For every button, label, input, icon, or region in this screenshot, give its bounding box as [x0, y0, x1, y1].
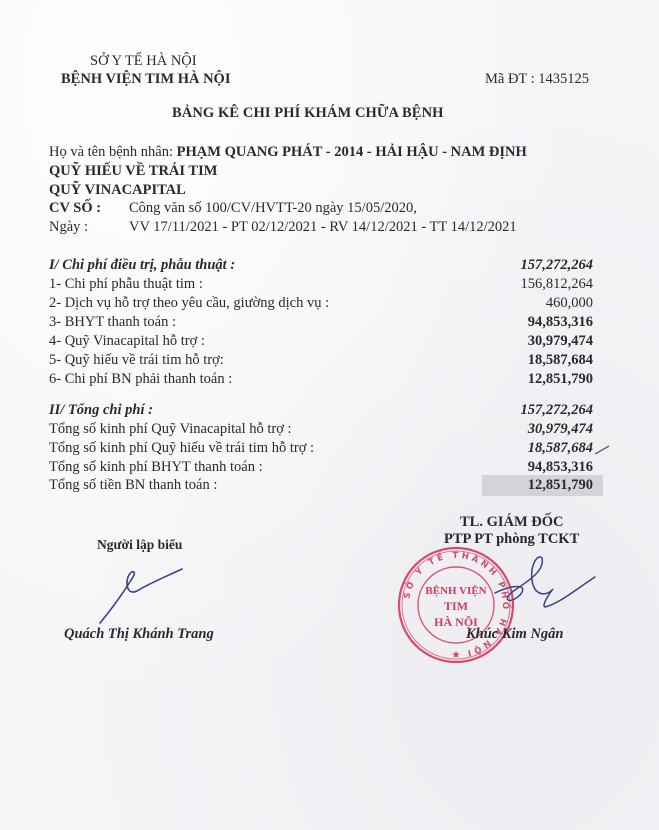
cv-value: Công văn số 100/CV/HVTT-20 ngày 15/05/20…	[129, 200, 417, 216]
preparer-name: Quách Thị Khánh Trang	[64, 626, 214, 643]
date-value: VV 17/11/2021 - PT 02/12/2021 - RV 14/12…	[129, 219, 517, 235]
record-code: Mã ĐT : 1435125	[485, 71, 589, 88]
hospital-name: BỆNH VIỆN TIM HÀ NỘI	[61, 71, 230, 88]
date-label: Ngày :	[49, 219, 129, 236]
section2-total: 157,272,264	[521, 402, 594, 419]
section1-title: I/ Chi phí điều trị, phẫu thuật :	[49, 257, 235, 274]
document-title: BẢNG KÊ CHI PHÍ KHÁM CHỮA BỆNH	[172, 105, 444, 122]
director-signature	[490, 555, 600, 630]
cv-line: CV SỐ :Công văn số 100/CV/HVTT-20 ngày 1…	[49, 200, 417, 217]
s2-row-value: 18,587,684	[528, 440, 593, 457]
date-line: Ngày :VV 17/11/2021 - PT 02/12/2021 - RV…	[49, 219, 517, 236]
preparer-signature	[95, 565, 195, 625]
patient-name-line: Họ và tên bệnh nhân: PHẠM QUANG PHÁT - 2…	[49, 144, 527, 161]
svg-text:★: ★	[452, 650, 461, 661]
svg-text:BỆNH VIỆN: BỆNH VIỆN	[425, 584, 486, 597]
patient-name-value: PHẠM QUANG PHÁT - 2014 - HẢI HẬU - NAM Đ…	[177, 144, 527, 160]
check-mark-icon	[594, 444, 610, 456]
director-title: TL. GIÁM ĐỐC	[460, 514, 564, 531]
s1-row-label: 1- Chi phí phẫu thuật tim :	[49, 276, 203, 293]
s1-row-label: 5- Quỹ hiếu về trái tim hỗ trợ:	[49, 352, 224, 369]
s1-row-label: 2- Dịch vụ hỗ trợ theo yêu cầu, giường d…	[49, 295, 329, 312]
svg-text:TIM: TIM	[444, 599, 468, 613]
s1-row-value: 12,851,790	[528, 371, 593, 388]
s2-row-value: 30,979,474	[528, 421, 593, 438]
s1-row-value: 18,587,684	[528, 352, 593, 369]
s2-row-label: Tổng số kinh phí Quỹ hiếu về trái tim hỗ…	[49, 440, 314, 457]
section1-total: 157,272,264	[521, 257, 594, 274]
s1-row-label: 3- BHYT thanh toán :	[49, 314, 176, 331]
s1-row-value: 94,853,316	[528, 314, 593, 331]
s1-row-value: 30,979,474	[528, 333, 593, 350]
s1-row-value: 460,000	[546, 295, 593, 312]
fund-2: QUỸ VINACAPITAL	[49, 182, 186, 199]
section2-title: II/ Tổng chi phí :	[49, 402, 153, 419]
s2-row-label: Tổng số kinh phí Quỹ Vinacapital hỗ trợ …	[49, 421, 292, 438]
s1-row-label: 4- Quỹ Vinacapital hỗ trợ :	[49, 333, 205, 350]
fund-1: QUỸ HIẾU VỀ TRÁI TIM	[49, 163, 217, 180]
s1-row-label: 6- Chi phí BN phải thanh toán :	[49, 371, 232, 388]
patient-name-label: Họ và tên bệnh nhân:	[49, 144, 177, 160]
director-name: Khúc Kim Ngân	[466, 626, 564, 643]
document-page: SỞ Y TẾ HÀ NỘI BỆNH VIỆN TIM HÀ NỘI Mã Đ…	[0, 0, 659, 830]
s2-row-value: 94,853,316	[528, 459, 593, 476]
preparer-title: Người lập biểu	[97, 537, 182, 553]
s2-row-value: 12,851,790	[528, 477, 593, 494]
s1-row-value: 156,812,264	[521, 276, 594, 293]
s2-row-label: Tổng số kinh phí BHYT thanh toán :	[49, 459, 263, 476]
s2-row-label: Tổng số tiền BN thanh toán :	[49, 477, 217, 494]
department-name: SỞ Y TẾ HÀ NỘI	[90, 53, 197, 70]
cv-label: CV SỐ :	[49, 200, 129, 217]
